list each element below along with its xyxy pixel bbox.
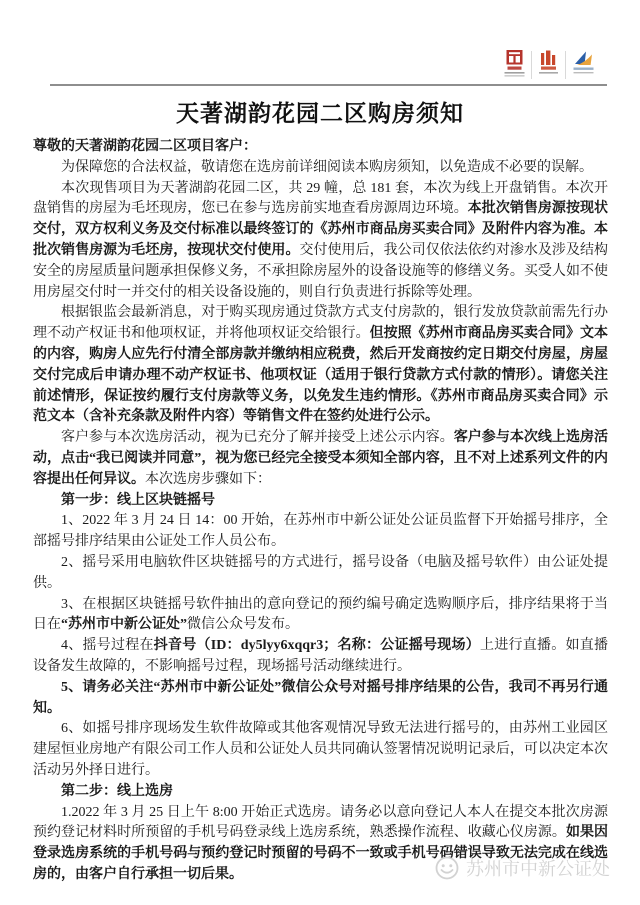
text-run: 第二步：线上选房 — [61, 784, 173, 799]
text-run: 4、摇号过程在 — [61, 638, 154, 653]
paragraph: 5、请务必关注“苏州市中新公证处”微信公众号对摇号排序结果的公告，我司不再另行通… — [33, 678, 608, 720]
paragraph: 尊敬的天著湖韵花园二区项目客户： — [33, 137, 608, 158]
paragraph: 为保障您的合法权益，敬请您在选房前详细阅读本购房须知，以免造成不必要的误解。 — [33, 158, 608, 179]
paragraph: 根据银监会最新消息，对于购买现房通过贷款方式支付房款的，银行发放贷款前需先行办理… — [33, 303, 608, 428]
text-run: 1.2022 年 3 月 25 日上午 8:00 开始正式选房。请务必以意向登记… — [33, 805, 608, 841]
logo-divider — [565, 51, 566, 79]
developer-building-logo — [537, 50, 560, 80]
text-run: 2、摇号采用电脑软件区块链摇号的方式进行，摇号设备（电脑及摇号软件）由公证处提供… — [33, 555, 608, 591]
text-run: 第一步：线上区块链摇号 — [61, 493, 215, 508]
paragraph: 6、如摇号排序现场发生软件故障或其他客观情况导致无法进行摇号的，由苏州工业园区建… — [33, 719, 608, 781]
document-page: 天著湖韵花园二区购房须知 尊敬的天著湖韵花园二区项目客户：为保障您的合法权益，敬… — [0, 0, 640, 905]
text-run: 尊敬的天著湖韵花园二区项目客户： — [33, 139, 257, 154]
paragraph: 2、摇号采用电脑软件区块链摇号的方式进行，摇号设备（电脑及摇号软件）由公证处提供… — [33, 553, 608, 595]
paragraph: 第一步：线上区块链摇号 — [33, 491, 608, 512]
text-run: 客户参与本次选房活动，视为已充分了解并接受上述公示内容。 — [61, 430, 454, 445]
text-run: “苏州市中新公证处” — [61, 617, 187, 632]
paragraph: 3、在根据区块链摇号软件抽出的意向登记的预约编号确定选购顺序后，排序结果将于当日… — [33, 595, 608, 637]
footer-watermark: 苏州市中新公证处 — [434, 855, 610, 881]
page-title: 天著湖韵花园二区购房须知 — [0, 95, 640, 128]
logo-divider — [531, 51, 532, 79]
header-divider-rule — [50, 84, 607, 86]
text-run: 抖音号（ID：dy5lyy6xqqr3；名称：公证摇号现场） — [154, 638, 480, 653]
text-run: 本次选房步骤如下： — [145, 472, 271, 487]
watermark-label: 苏州市中新公证处 — [466, 855, 610, 881]
paragraph: 第二步：线上选房 — [33, 782, 608, 803]
wechat-smiley-icon — [434, 855, 460, 881]
paragraph: 客户参与本次选房活动，视为已充分了解并接受上述公示内容。客户参与本次线上选房活动… — [33, 428, 608, 490]
developer-emblem-logo — [503, 50, 526, 80]
paragraph: 4、摇号过程在抖音号（ID：dy5lyy6xqqr3；名称：公证摇号现场）上进行… — [33, 636, 608, 678]
notary-sail-logo — [571, 50, 596, 80]
text-run: 为保障您的合法权益，敬请您在选房前详细阅读本购房须知，以免造成不必要的误解。 — [61, 160, 593, 175]
header-logos — [503, 50, 596, 80]
text-run: 5、请务必关注“苏州市中新公证处”微信公众号对摇号排序结果的公告，我司不再另行通… — [33, 680, 608, 716]
document-body: 尊敬的天著湖韵花园二区项目客户：为保障您的合法权益，敬请您在选房前详细阅读本购房… — [33, 137, 608, 886]
paragraph: 1、2022 年 3 月 24 日 14：00 开始，在苏州市中新公证处公证员监… — [33, 511, 608, 553]
text-run: 1、2022 年 3 月 24 日 14：00 开始，在苏州市中新公证处公证员监… — [33, 513, 608, 549]
text-run: 6、如摇号排序现场发生软件故障或其他客观情况导致无法进行摇号的，由苏州工业园区建… — [33, 721, 608, 778]
paragraph: 本次现售项目为天著湖韵花园二区，共 29 幢，总 181 套，本次为线上开盘销售… — [33, 179, 608, 304]
text-run: 微信公众号发布。 — [187, 617, 299, 632]
